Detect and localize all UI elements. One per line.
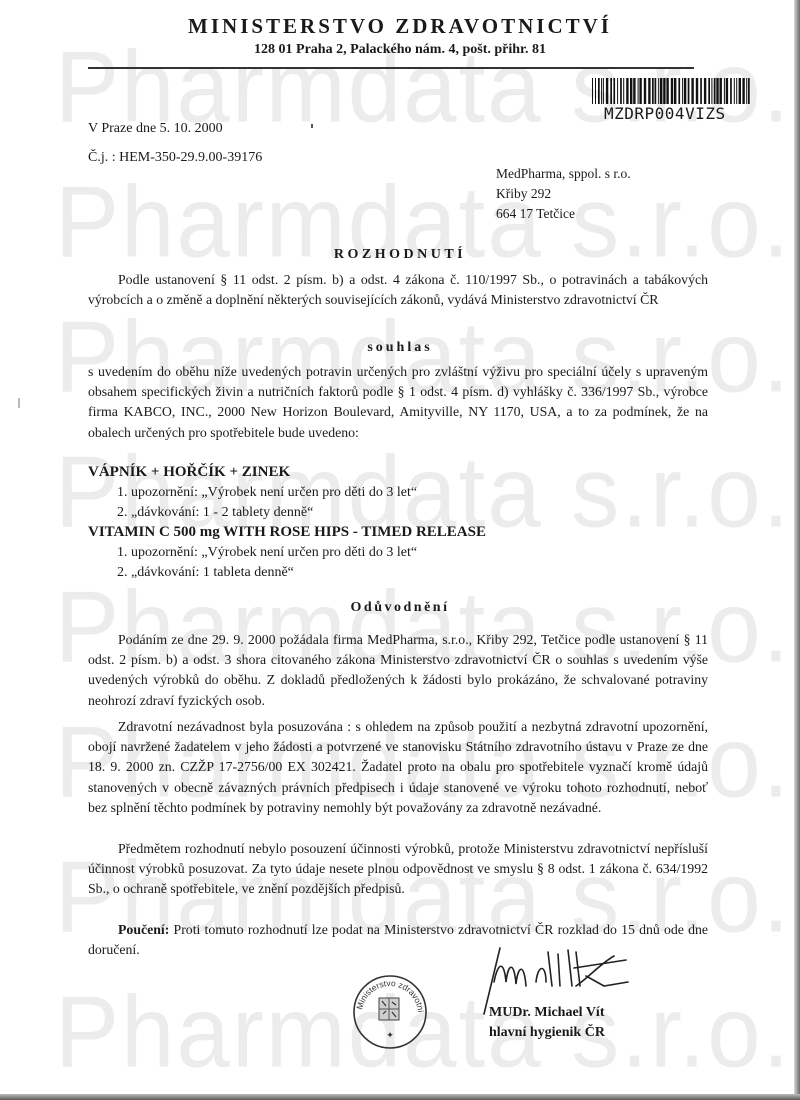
product-name: VITAMIN C 500 mg WITH ROSE HIPS - TIMED … (88, 524, 486, 541)
product-name: VÁPNÍK + HOŘČÍK + ZINEK (88, 464, 290, 481)
product-condition: 1. upozornění: „Výrobek není určen pro d… (117, 485, 417, 501)
justification-heading: Odůvodnění (0, 600, 800, 616)
recipient-line: MedPharma, sppol. s r.o. (496, 164, 631, 184)
barcode-code: MZDRP004VIZS (604, 104, 726, 123)
scan-edge-mark (18, 398, 20, 408)
letterhead-address: 128 01 Praha 2, Palackého nám. 4, pošt. … (0, 42, 800, 58)
svg-text:✦: ✦ (386, 1030, 394, 1040)
appeal-label: Poučení: (118, 922, 169, 937)
decision-intro: Podle ustanovení § 11 odst. 2 písm. b) a… (88, 270, 708, 310)
signatory-block: MUDr. Michael Vít hlavní hygienik ČR (489, 1003, 605, 1043)
letterhead-divider (88, 67, 694, 69)
justification-paragraph: Podáním ze dne 29. 9. 2000 požádala firm… (88, 630, 708, 711)
document-page: MINISTERSTVO ZDRAVOTNICTVÍ 128 01 Praha … (0, 0, 800, 1100)
justification-paragraph: Předmětem rozhodnutí nebylo posouzení úč… (88, 839, 708, 900)
official-seal-icon: Ministerstvo zdravotnictví ✦ (352, 974, 428, 1050)
signatory-title: hlavní hygienik ČR (489, 1023, 605, 1043)
product-condition: 1. upozornění: „Výrobek není určen pro d… (117, 545, 417, 561)
reference-number: Č.j. : HEM-350-29.9.00-39176 (88, 150, 262, 166)
consent-text: s uvedením do oběhu níže uvedených potra… (88, 362, 708, 443)
recipient-address: MedPharma, sppol. s r.o. Křiby 292 664 1… (496, 164, 631, 224)
recipient-line: 664 17 Tetčice (496, 204, 631, 224)
dateline: V Praze dne 5. 10. 2000 (88, 121, 223, 137)
product-condition: 2. „dávkování: 1 tableta denně“ (117, 565, 294, 581)
justification-text: Předmětem rozhodnutí nebylo posouzení úč… (88, 841, 708, 896)
justification-text: Podáním ze dne 29. 9. 2000 požádala firm… (88, 632, 708, 708)
signatory-name: MUDr. Michael Vít (489, 1003, 605, 1023)
barcode-icon (592, 78, 750, 104)
scan-speck (311, 124, 313, 128)
justification-text: Zdravotní nezávadnost byla posuzována : … (88, 719, 708, 815)
justification-paragraph: Zdravotní nezávadnost byla posuzována : … (88, 717, 708, 818)
letterhead-title: MINISTERSTVO ZDRAVOTNICTVÍ (0, 14, 800, 39)
recipient-line: Křiby 292 (496, 184, 631, 204)
consent-heading: souhlas (0, 340, 800, 356)
decision-intro-text: Podle ustanovení § 11 odst. 2 písm. b) a… (88, 272, 708, 307)
product-condition: 2. „dávkování: 1 - 2 tablety denně“ (117, 505, 313, 521)
decision-heading: ROZHODNUTÍ (0, 247, 800, 263)
